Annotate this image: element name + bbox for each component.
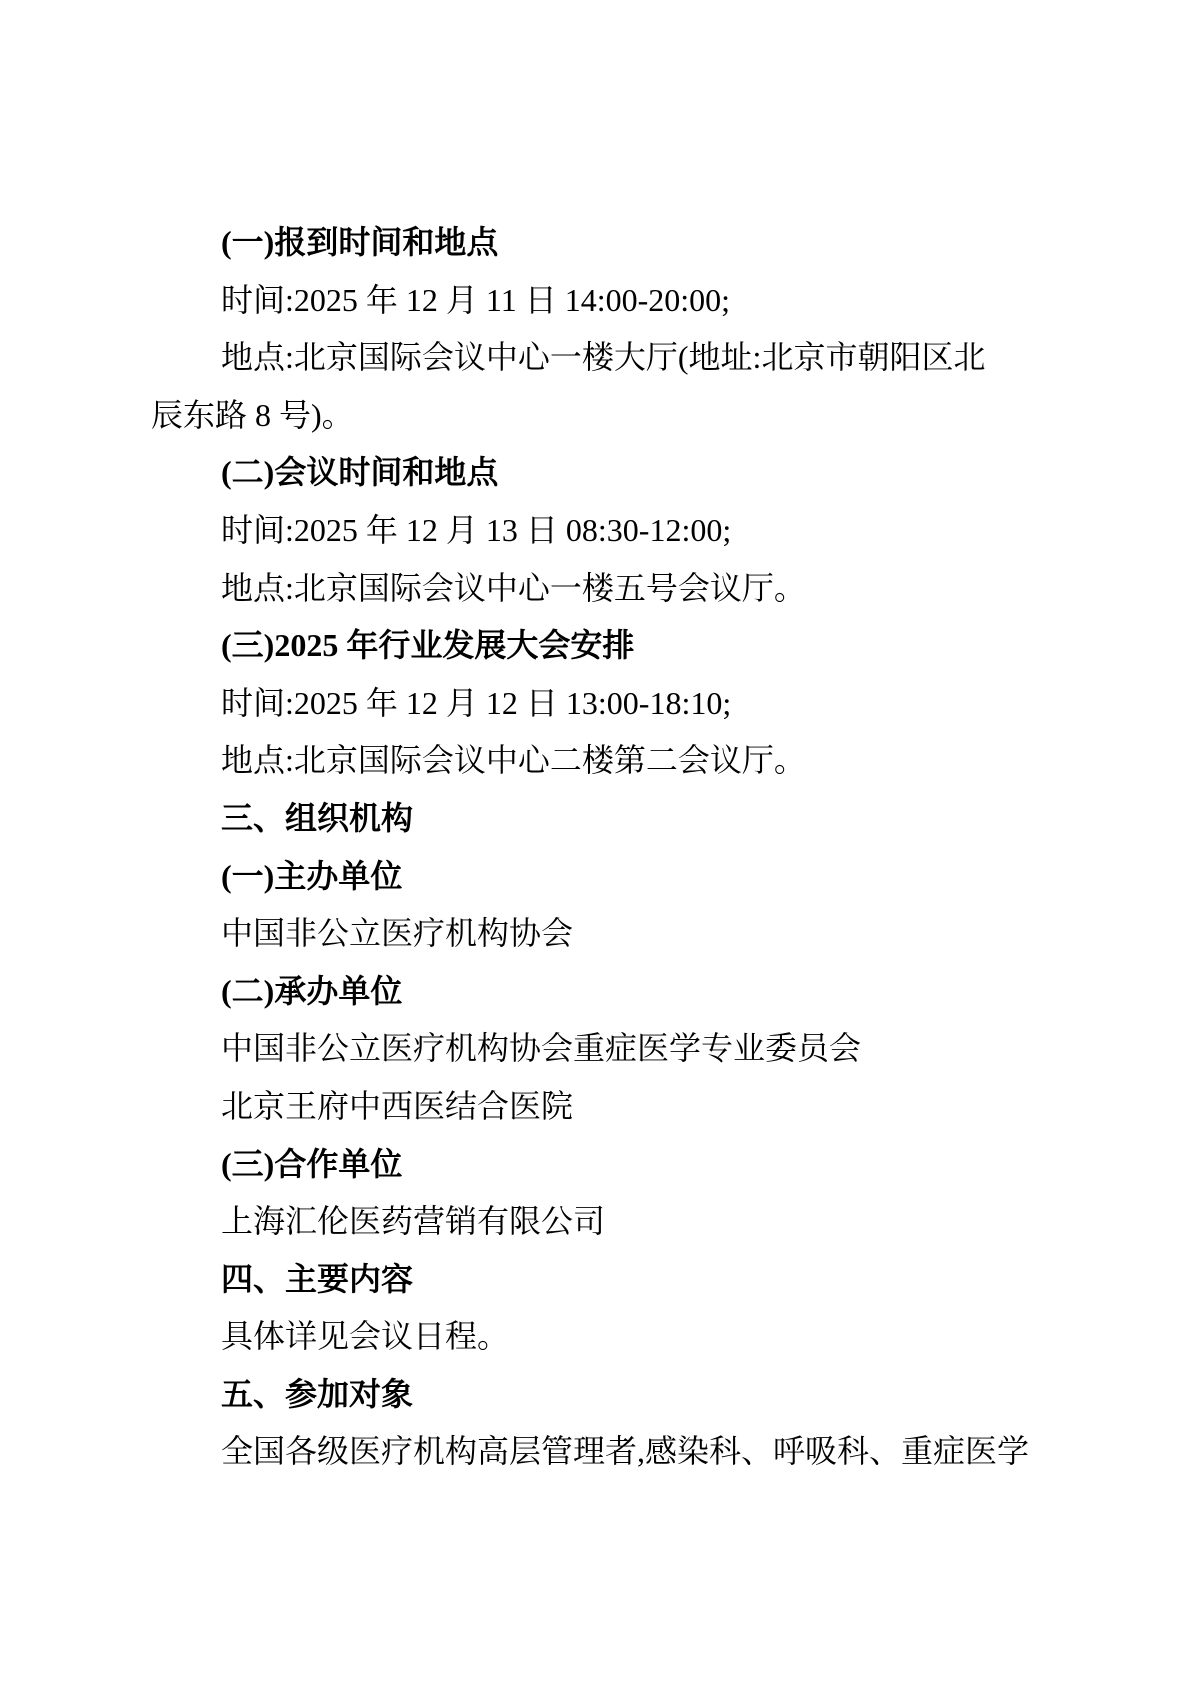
sub-heading: (二)承办单位 bbox=[151, 963, 1041, 1021]
body-text-line: 中国非公立医疗机构协会重症医学专业委员会 bbox=[151, 1020, 1041, 1078]
body-text-line: 时间:2025 年 12 月 13 日 08:30-12:00; bbox=[151, 502, 1041, 560]
body-text-line: 地点:北京国际会议中心二楼第二会议厅。 bbox=[151, 732, 1041, 790]
sub-heading: (一)报到时间和地点 bbox=[151, 214, 1041, 272]
body-text-line: 具体详见会议日程。 bbox=[151, 1308, 1041, 1366]
sub-heading: (一)主办单位 bbox=[151, 848, 1041, 906]
sub-heading: (二)会议时间和地点 bbox=[151, 444, 1041, 502]
body-text-line: 地点:北京国际会议中心一楼五号会议厅。 bbox=[151, 560, 1041, 618]
sub-heading: (三)合作单位 bbox=[151, 1136, 1041, 1194]
body-text-line: 北京王府中西医结合医院 bbox=[151, 1078, 1041, 1136]
body-text-line: 上海汇伦医药营销有限公司 bbox=[151, 1193, 1041, 1251]
document-page: (一)报到时间和地点时间:2025 年 12 月 11 日 14:00-20:0… bbox=[0, 0, 1190, 1683]
document-body: (一)报到时间和地点时间:2025 年 12 月 11 日 14:00-20:0… bbox=[151, 214, 1041, 1481]
section-heading: 三、组织机构 bbox=[151, 790, 1041, 848]
sub-heading: (三)2025 年行业发展大会安排 bbox=[151, 617, 1041, 675]
section-heading: 五、参加对象 bbox=[151, 1366, 1041, 1424]
body-text-line: 辰东路 8 号)。 bbox=[151, 387, 1041, 445]
body-text-line: 全国各级医疗机构高层管理者,感染科、呼吸科、重症医学 bbox=[151, 1423, 1041, 1481]
body-text-line: 时间:2025 年 12 月 12 日 13:00-18:10; bbox=[151, 675, 1041, 733]
section-heading: 四、主要内容 bbox=[151, 1251, 1041, 1309]
body-text-line: 中国非公立医疗机构协会 bbox=[151, 905, 1041, 963]
body-text-line: 时间:2025 年 12 月 11 日 14:00-20:00; bbox=[151, 272, 1041, 330]
body-text-line: 地点:北京国际会议中心一楼大厅(地址:北京市朝阳区北 bbox=[151, 329, 1041, 387]
